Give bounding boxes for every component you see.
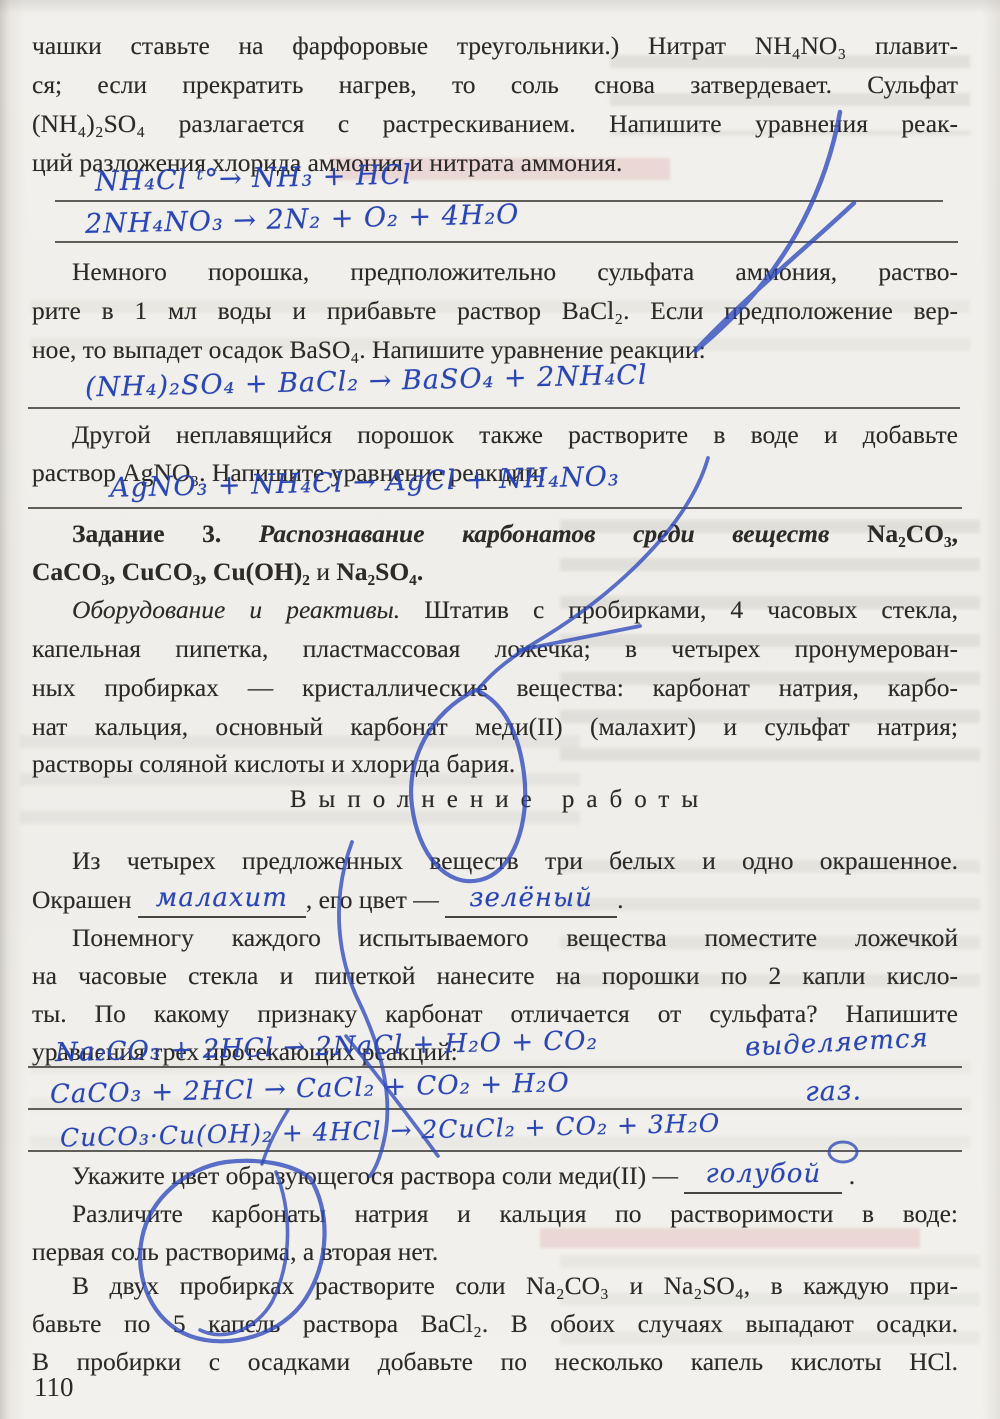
fill-in-row: Укажите цвет образующегося раствора соли… (72, 1160, 855, 1194)
answer-line (28, 1108, 962, 1110)
handwritten-equation: Na₂CO₃ + 2HCl → 2NaCl + H₂O + CO₂ (55, 1026, 599, 1068)
handwritten-note: газ. (805, 1075, 863, 1107)
equipment-lead: Оборудование и реактивы. (32, 595, 400, 624)
handwritten-equation: NH₄Cl ᵗ°→ NH₃ + HCl (95, 159, 412, 197)
task3-formulas: Na₂SO₄. (336, 557, 423, 586)
printed-line: бавьте по 5 капель раствора BaCl₂. В обо… (32, 1308, 958, 1340)
printed-line: растворы соляной кислоты и хлорида бария… (32, 748, 515, 780)
printed-line: ся; если прекратить нагрев, то соль снов… (32, 69, 958, 101)
equipment-rest: Штатив с пробирками, 4 часовых стекла, (424, 595, 958, 624)
task3-heading-line2: CaCO₃, CuCO₃, Cu(OH)₂ и Na₂SO₄. (32, 556, 423, 588)
printed-line: (NH₄)₂SO₄ разлагается с растрескиванием.… (32, 108, 958, 140)
handwritten-equation: CaCO₃ + 2HCl → CaCl₂ + CO₂ + H₂O (50, 1068, 570, 1110)
show-through-pink-header (540, 1228, 920, 1248)
section-header: Выполнение работы (0, 786, 1000, 814)
answer-line (28, 1150, 962, 1152)
printed-line: Различите карбонаты натрия и кальция по … (32, 1198, 958, 1230)
printed-line: на часовые стекла и пипеткой нанесите на… (32, 960, 958, 992)
equipment-line: Оборудование и реактивы. Штатив с пробир… (32, 594, 958, 626)
answer-blank: голубой (684, 1160, 842, 1194)
task3-formulas: Na₂CO₃, (867, 519, 958, 548)
answer-blank: малахит (138, 884, 306, 918)
task3-formulas: CaCO₃, CuCO₃, Cu(OH)₂ (32, 557, 310, 586)
task3-conjunction: и (316, 557, 330, 586)
printed-line: нат кальция, основный карбонат меди(II) … (32, 711, 958, 743)
handwritten-answer: малахит (156, 883, 288, 913)
fill-prefix: Окрашен (32, 885, 131, 914)
handwritten-answer: голубой (706, 1159, 822, 1189)
answer-line (28, 1066, 962, 1068)
printed-line: первая соль растворима, а вторая нет. (32, 1236, 438, 1268)
handwritten-answer: зелёный (469, 883, 593, 913)
fill-mid: , его цвет — (306, 885, 439, 914)
printed-line: Из четырех предложенных веществ три белы… (32, 845, 958, 877)
pen-stroke-small-circle (829, 1142, 857, 1162)
printed-line: Другой неплавящийся порошок также раство… (32, 419, 958, 451)
printed-line: В двух пробирках растворите соли Na₂CO₃ … (32, 1270, 958, 1302)
printed-line: Немного порошка, предположительно сульфа… (32, 256, 958, 288)
handwritten-equation: (NH₄)₂SO₄ + BaCl₂ → BaSO₄ + 2NH₄Cl (85, 360, 648, 404)
scanned-workbook-page: чашки ставьте на фарфоровые треугольники… (0, 0, 1000, 1419)
printed-line: ты. По какому признаку карбонат отличает… (32, 998, 958, 1030)
answer-line (28, 507, 962, 509)
page-number: 110 (34, 1372, 74, 1403)
answer-blank: зелёный (445, 884, 617, 918)
printed-line: Понемногу каждого испытываемого вещества… (32, 922, 958, 954)
printed-line: капельная пипетка, пластмассовая ложечка… (32, 633, 958, 665)
fill-dot: . (849, 1161, 855, 1190)
task3-label: Задание 3. (72, 519, 221, 548)
task3-title: Распознавание карбонатов среди веществ (259, 519, 830, 548)
answer-line (55, 241, 958, 243)
printed-line: чашки ставьте на фарфоровые треугольники… (32, 30, 958, 62)
printed-line: рите в 1 мл воды и прибавьте раствор BaC… (32, 295, 958, 327)
answer-line (28, 407, 960, 409)
handwritten-equation: 2NH₄NO₃ → 2N₂ + O₂ + 4H₂O (85, 199, 520, 240)
printed-line: ных пробирках — кристаллические вещества… (32, 672, 958, 704)
fill-prefix: Укажите цвет образующегося раствора соли… (72, 1161, 678, 1190)
handwritten-equation: CuCO₃·Cu(OH)₂ + 4HCl → 2CuCl₂ + CO₂ + 3H… (60, 1109, 721, 1153)
fill-in-row: Окрашен малахит, его цвет — зелёный. (32, 884, 624, 918)
fill-dot: . (617, 885, 623, 914)
printed-line: В пробирки с осадками добавьте по нескол… (32, 1346, 958, 1378)
task3-heading: Задание 3. Распознавание карбонатов сред… (72, 518, 958, 550)
